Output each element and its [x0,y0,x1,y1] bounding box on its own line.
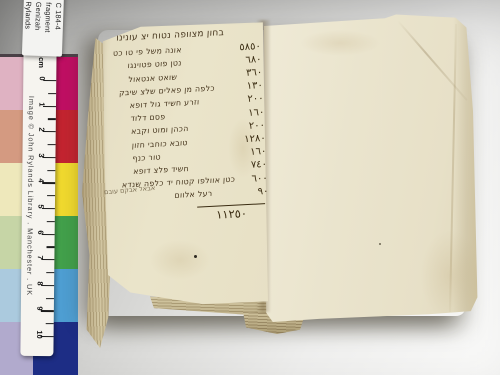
manuscript-line-amount: ٦٠٠ [251,173,268,185]
manuscript-line-amount: ١٦٠ [250,146,267,158]
shelfmark-label: Rylands Genizah fragment C 184-4 [22,0,64,57]
manuscript-line-amount: ٩٠ [257,186,268,198]
ruler-tick-minor [48,93,56,94]
ruler-number: 4 [37,176,46,186]
ruler-number: 7 [36,253,45,263]
manuscript-line-text: טור כנף [132,152,161,163]
manuscript-line-amount: ١٦٠ [248,107,265,119]
shelfmark-line: Genizah [32,2,43,56]
ruler-tick-minor [48,118,56,119]
ruler-tick-minor [46,323,54,324]
ruler-number: 8 [36,278,45,288]
paper-stain [150,240,210,280]
manuscript-line-text: חשיד פלצ דופא [133,164,189,176]
manuscript-line-amount: ٦٨٠ [245,54,262,66]
paper-speck [379,243,381,245]
manuscript-line-text: שואט אנטאול [128,72,177,84]
manuscript-line-amount: ٥٨٥٠ [239,41,261,53]
paper-stain [300,30,380,56]
manuscript-line-text: הכהן ומוט וקבא [131,124,189,136]
manuscript-line-amount: ٣٦٠ [246,67,263,79]
ruler-tick-minor [47,195,55,196]
ruler-number: 3 [37,150,46,160]
cm-ruler: Image © John Rylands Library . Mancheste… [20,46,56,356]
shelfmark-line: fragment [42,2,53,56]
ruler-number: 1 [37,99,46,109]
ruler-tick-minor [47,246,55,247]
ink-dot [194,255,197,258]
ruler-number: 6 [36,227,45,237]
ruler-number: 10 [35,329,44,339]
manuscript-line-amount: ١٣٠ [247,80,264,92]
paper-stain [420,230,480,320]
manuscript-line-amount: ١٢٨٠ [244,133,266,145]
image-credit: Image © John Rylands Library . Mancheste… [25,96,36,296]
manuscript-line-text: נטן פוט פטוינגו [127,59,181,71]
archival-photo-stage: Rylands Genizah fragment C 184-4 Image ©… [0,0,500,375]
ruler-tick-minor [48,144,56,145]
ruler-tick-minor [46,272,54,273]
ruler-tick-minor [47,170,55,171]
manuscript-line-amount: ٧٤٠ [251,159,268,171]
manuscript-line-text: טובא כוחבי חזון [132,138,188,150]
manuscript-line-text: רעל אלוום [174,189,212,200]
manuscript-account-list: בחון מצוופה נטוח יצ עונינואונה משל פי טו… [110,26,271,205]
ruler-unit-label: cm [37,56,46,68]
manuscript-line-text: פסם דלוד [130,112,165,123]
ruler-number: 2 [37,125,46,135]
manuscript-line-amount: ٢٠٠ [249,120,266,132]
shelfmark-line: C 184-4 [52,2,63,56]
ruler-tick-minor [46,298,54,299]
ruler-tick-minor [47,221,55,222]
manuscript-line-amount: ٢٠٠ [247,93,264,105]
ruler-number: 0 [38,73,47,83]
ruler-number: 9 [35,304,44,314]
ruler-number: 5 [36,201,45,211]
